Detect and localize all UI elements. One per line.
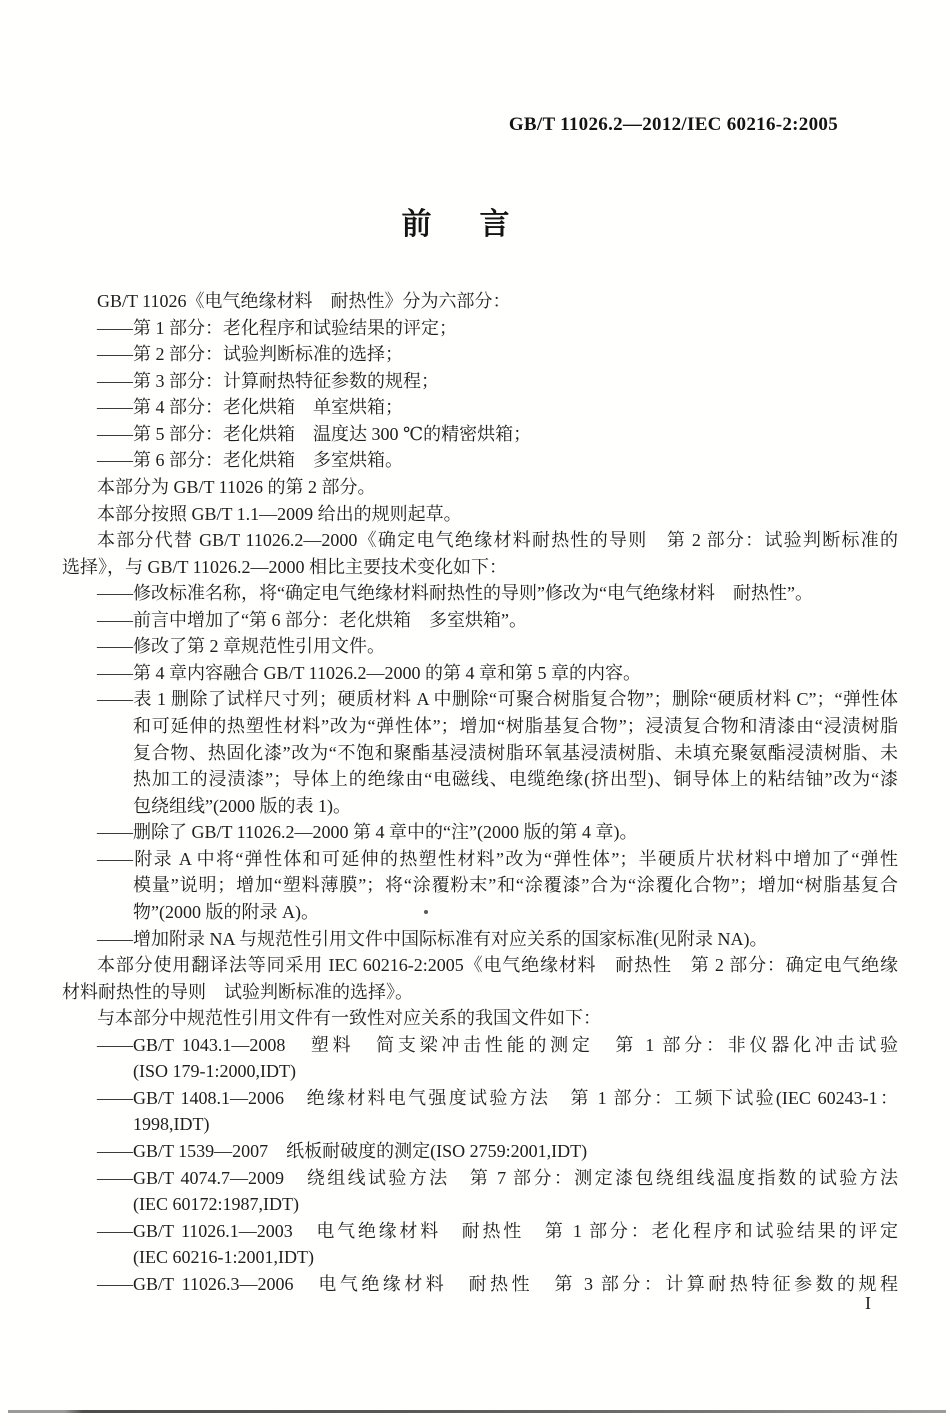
text-line: 与本部分中规范性引用文件有一致性对应关系的我国文件如下： [62,1005,898,1032]
text-line: 包绕组线”(2000 版的表 1)。 [62,793,898,820]
text-line: ——第 3 部分：计算耐热特征参数的规程； [62,368,898,395]
page-title: 前 言 [0,199,911,243]
text-line: ——第 6 部分：老化烘箱 多室烘箱。 [62,447,898,474]
text-line: (IEC 60172:1987,IDT) [62,1191,898,1218]
foreword-body: GB/T 11026《电气绝缘材料 耐热性》分为六部分：——第 1 部分：老化程… [62,288,898,1297]
text-line: ——前言中增加了“第 6 部分：老化烘箱 多室烘箱”。 [62,607,898,634]
bottom-scan-line-artifact [8,1410,946,1413]
text-line: 材料耐热性的导则 试验判断标准的选择》。 [62,979,898,1006]
text-line: 热加工的浸渍漆”；导体上的绝缘由“电磁线、电缆绝缘(挤出型)、铜导体上的粘结铀”… [62,766,898,793]
text-line: ——修改了第 2 章规范性引用文件。 [62,633,898,660]
text-line: ——GB/T 11026.3—2006 电气绝缘材料 耐热性 第 3 部分：计算… [62,1271,898,1298]
text-line: 本部分按照 GB/T 1.1—2009 给出的规则起草。 [62,501,898,528]
text-line: 本部分代替 GB/T 11026.2—2000《确定电气绝缘材料耐热性的导则 第… [62,527,898,554]
text-line: ——第 5 部分：老化烘箱 温度达 300 ℃的精密烘箱； [62,421,898,448]
text-line: 和可延伸的热塑性材料”改为“弹性体”；增加“树脂基复合物”；浸渍复合物和清漆由“… [62,713,898,740]
text-line: ——删除了 GB/T 11026.2—2000 第 4 章中的“注”(2000 … [62,819,898,846]
document-page: GB/T 11026.2—2012/IEC 60216-2:2005 前 言 G… [0,0,950,1426]
text-line: ——附录 A 中将“弹性体和可延伸的热塑性材料”改为“弹性体”；半硬质片状材料中… [62,846,898,873]
page-number: I [865,1293,871,1314]
text-line: ——GB/T 11026.1—2003 电气绝缘材料 耐热性 第 1 部分：老化… [62,1218,898,1245]
text-line: ——表 1 删除了试样尺寸列；硬质材料 A 中删除“可聚合树脂复合物”；删除“硬… [62,686,898,713]
text-line: ——修改标准名称，将“确定电气绝缘材料耐热性的导则”修改为“电气绝缘材料 耐热性… [62,580,898,607]
text-line: 1998,IDT) [62,1111,898,1138]
text-line: ——第 4 部分：老化烘箱 单室烘箱； [62,394,898,421]
text-line: 选择》，与 GB/T 11026.2—2000 相比主要技术变化如下： [62,554,898,581]
text-line: 复合物、热固化漆”改为“不饱和聚酯基浸渍树脂环氧基浸渍树脂、未填充聚氨酯浸渍树脂… [62,740,898,767]
text-line: GB/T 11026《电气绝缘材料 耐热性》分为六部分： [62,288,898,315]
text-line: ——第 2 部分：试验判断标准的选择； [62,341,898,368]
text-line: ——GB/T 4074.7—2009 绕组线试验方法 第 7 部分：测定漆包绕组… [62,1165,898,1192]
text-line: ——第 4 章内容融合 GB/T 11026.2—2000 的第 4 章和第 5… [62,660,898,687]
text-line: ——GB/T 1408.1—2006 绝缘材料电气强度试验方法 第 1 部分：工… [62,1085,898,1112]
text-line: 物”(2000 版的附录 A)。 [62,899,898,926]
text-line: ——第 1 部分：老化程序和试验结果的评定； [62,315,898,342]
text-line: (IEC 60216-1:2001,IDT) [62,1244,898,1271]
text-line: ——GB/T 1043.1—2008 塑料 简支梁冲击性能的测定 第 1 部分：… [62,1032,898,1059]
scan-speck-artifact [424,910,428,914]
standard-number-header: GB/T 11026.2—2012/IEC 60216-2:2005 [509,114,838,136]
text-line: 模量”说明；增加“塑料薄膜”；将“涂覆粉末”和“涂覆漆”合为“涂覆化合物”；增加… [62,872,898,899]
text-line: (ISO 179-1:2000,IDT) [62,1058,898,1085]
text-line: ——增加附录 NA 与规范性引用文件中国际标准有对应关系的国家标准(见附录 NA… [62,926,898,953]
text-line: ——GB/T 1539—2007 纸板耐破度的测定(ISO 2759:2001,… [62,1138,898,1165]
text-line: 本部分为 GB/T 11026 的第 2 部分。 [62,474,898,501]
text-line: 本部分使用翻译法等同采用 IEC 60216-2:2005《电气绝缘材料 耐热性… [62,952,898,979]
